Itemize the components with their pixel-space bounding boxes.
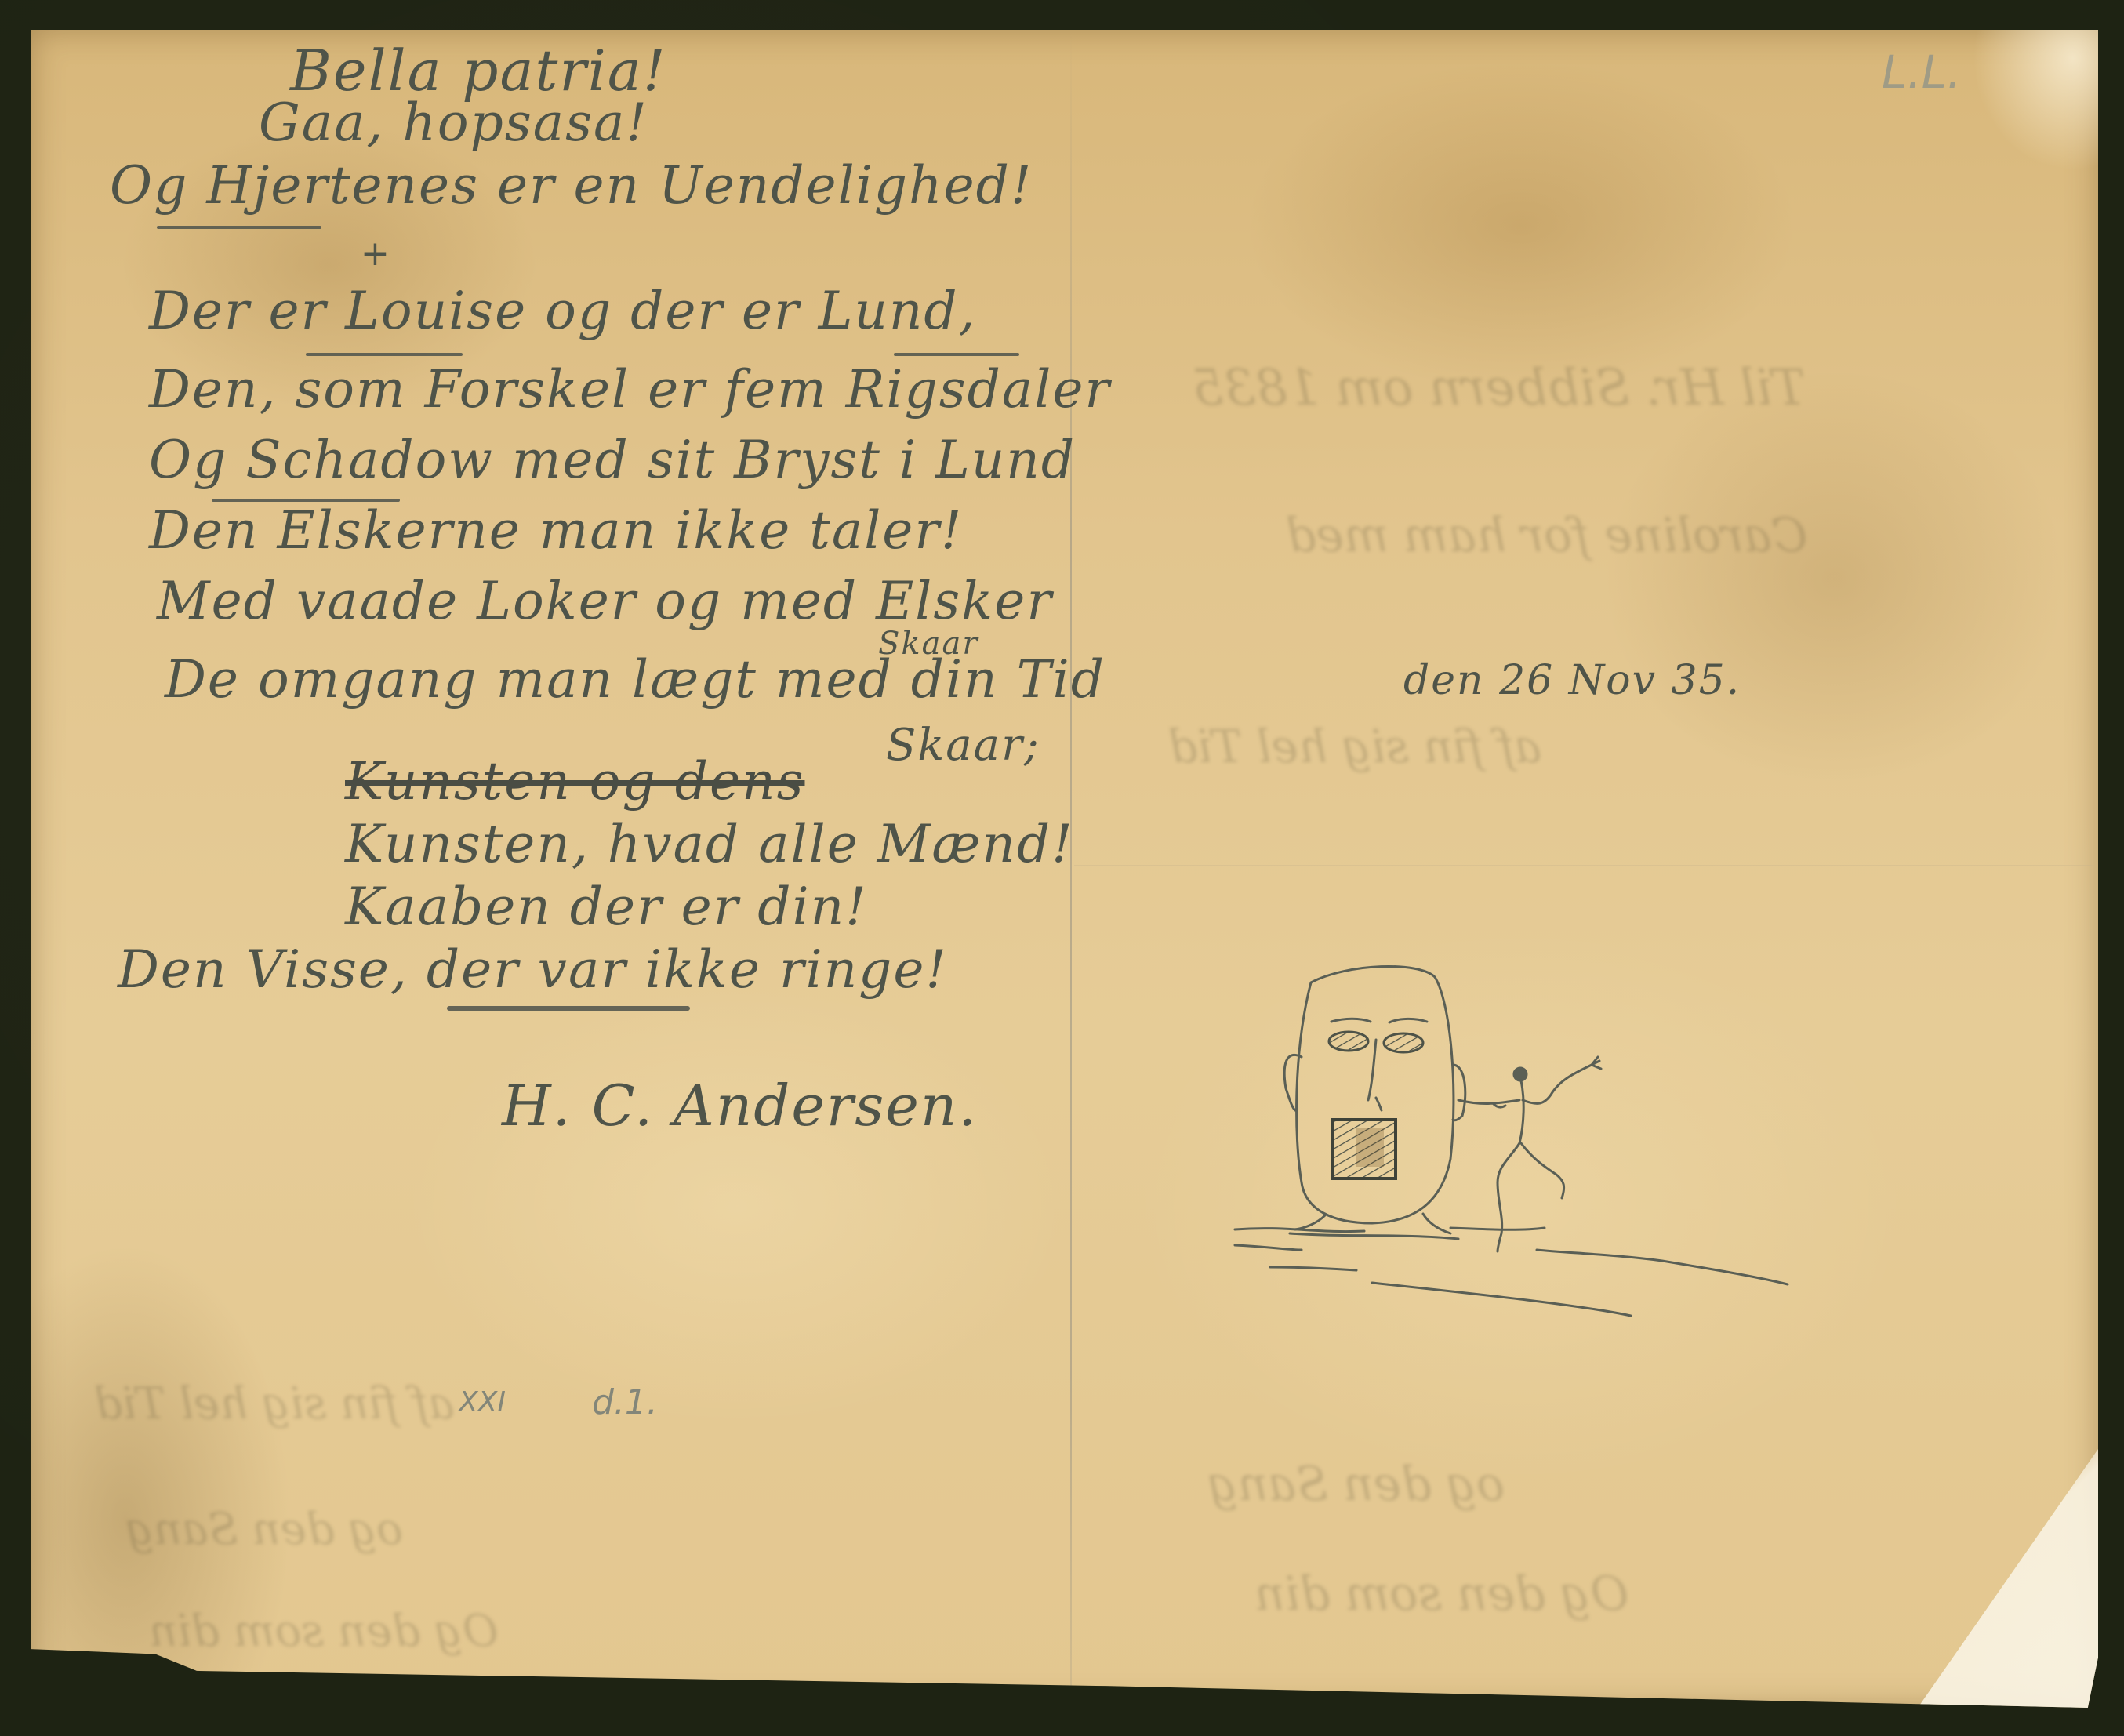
poem-line: De omgang man lægt med din Tid — [165, 649, 1106, 710]
bleed-through-line: og den Sang — [125, 1504, 403, 1555]
underline-stroke — [157, 226, 321, 229]
ground-line — [1537, 1250, 1788, 1284]
ground-line — [1270, 1267, 1356, 1270]
stick-figure-arm-back — [1458, 1100, 1519, 1107]
corner-wear — [1973, 30, 2098, 171]
sketch-head-and-figure — [1223, 932, 1976, 1402]
left-eyebrow — [1331, 1019, 1371, 1022]
manuscript-sheet: Til Hr. Sibbern om 1835 Caroline for ham… — [31, 30, 2098, 1708]
poem-line: Der er Louise og der er Lund, — [149, 281, 977, 341]
poem-line: Den Visse, der var ikke ringe! — [118, 939, 948, 1000]
stick-figure-head — [1514, 1068, 1527, 1080]
head-outline — [1297, 966, 1454, 1223]
ground-line — [1450, 1228, 1545, 1229]
archival-roman-numeral: XXI — [459, 1386, 506, 1418]
poem-line: Med vaade Loker og med Elsker — [157, 571, 1053, 631]
closing-rule — [447, 1006, 690, 1011]
nose — [1368, 1040, 1382, 1110]
struck-through-line: Kunsten og dens — [345, 751, 804, 812]
poem-line: Den Elskerne man ikke taler! — [149, 500, 963, 561]
ground-line — [1235, 1245, 1302, 1250]
poem-line: Gaa, hopsasa! — [259, 93, 648, 153]
signature: H. C. Andersen. — [502, 1073, 978, 1139]
left-eye-hatched — [1329, 1032, 1368, 1051]
bleed-through-line: og den Sang — [1207, 1457, 1505, 1512]
poem-line: Og Schadow med sit Bryst i Lund — [149, 430, 1076, 490]
stick-figure-leg-back — [1521, 1143, 1564, 1198]
ground-line — [1372, 1283, 1631, 1316]
right-eyebrow — [1389, 1019, 1427, 1022]
repair-tape — [1918, 1449, 2098, 1708]
bleed-through-line: Til Hr. Sibbern om 1835 — [1192, 359, 1806, 417]
poem-line: Den, som Forskel er fem Rigsdaler — [149, 359, 1111, 419]
poem-line: Og Hjertenes er en Uendelighed! — [110, 155, 1033, 216]
bleed-through-line: af fin sig hel Tid — [1168, 720, 1541, 773]
poem-line: Kunsten, hvad alle Mænd! — [345, 814, 1074, 874]
poem-line: Kaaben der er din! — [345, 877, 868, 937]
bleed-through-line: af fin sig hel Tid — [94, 1378, 454, 1429]
stick-figure-body — [1519, 1080, 1523, 1143]
stick-figure-arm-raised — [1523, 1057, 1601, 1103]
underline-stroke — [894, 353, 1019, 356]
bleed-through-line: Caroline for ham med — [1286, 508, 1807, 563]
underline-stroke — [306, 353, 463, 356]
poem-line: Skaar; — [886, 720, 1040, 771]
stick-figure-leg-front — [1498, 1143, 1519, 1251]
bleed-through-line: Og den som din — [1254, 1567, 1628, 1622]
bleed-through-line: Og den som din — [149, 1606, 499, 1657]
right-eye-hatched — [1384, 1033, 1423, 1052]
horizontal-fold-line — [1074, 865, 2093, 866]
pencil-note-top-right: L.L. — [1882, 45, 1962, 99]
date-line: den 26 Nov 35. — [1403, 657, 1741, 704]
ground-line — [1290, 1233, 1458, 1239]
insertion-mark: + — [361, 234, 391, 274]
archival-folio-number: d.1. — [592, 1382, 658, 1422]
